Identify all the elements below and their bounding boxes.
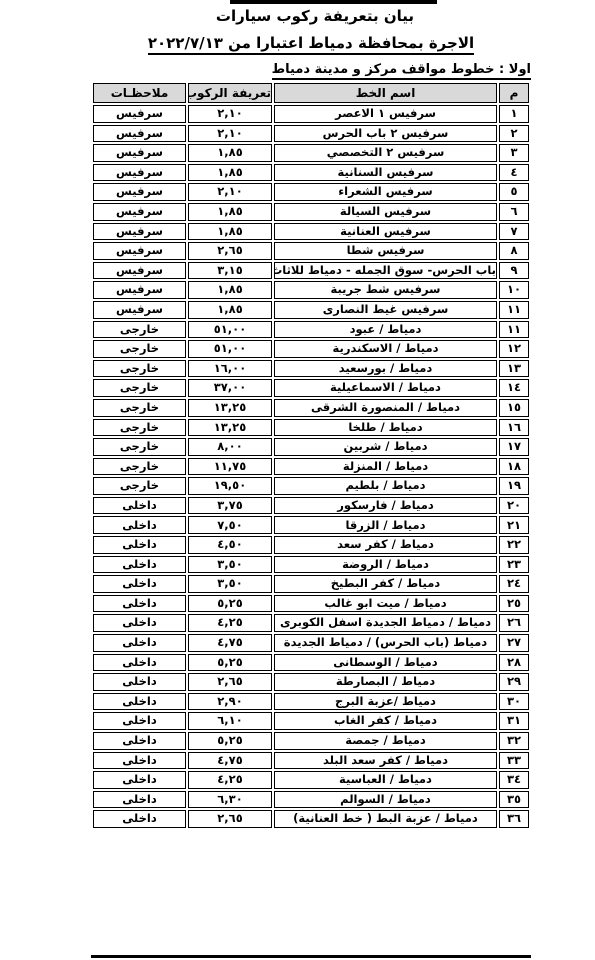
row-number: ٢٣: [499, 556, 529, 574]
row-fare: ١,٨٥: [188, 164, 272, 182]
row-note: خارجى: [93, 458, 186, 476]
table-row: ١٠ سرفيس شط جريبة ١,٨٥ سرفيس: [93, 281, 529, 299]
table-header-row: م اسم الخط تعريفة الركوب ملاحظـات: [93, 83, 529, 103]
row-note: داخلى: [93, 654, 186, 672]
row-line-name: دمياط / كفر الغاب: [274, 712, 497, 730]
row-number: ٤: [499, 164, 529, 182]
header-line-name: اسم الخط: [274, 83, 497, 103]
row-note: داخلى: [93, 712, 186, 730]
row-fare: ٥,٢٥: [188, 654, 272, 672]
row-note: داخلى: [93, 634, 186, 652]
row-note: داخلى: [93, 771, 186, 789]
row-number: ١: [499, 105, 529, 123]
table-row: ١٧ دمياط / شربين ٨,٠٠ خارجى: [93, 438, 529, 456]
row-note: سرفيس: [93, 183, 186, 201]
table-row: ٢٤ دمياط / كفر البطيخ ٣,٥٠ داخلى: [93, 575, 529, 593]
row-number: ٢٠: [499, 497, 529, 515]
row-fare: ٢,١٠: [188, 183, 272, 201]
row-number: ٥: [499, 183, 529, 201]
row-number: ٩: [499, 262, 529, 280]
row-fare: ٣,١٥: [188, 262, 272, 280]
table-row: ٧ سرفيس العنانية ١,٨٥ سرفيس: [93, 223, 529, 241]
row-note: سرفيس: [93, 223, 186, 241]
row-line-name: سرفيس شط جريبة: [274, 281, 497, 299]
row-fare: ٦,٣٠: [188, 791, 272, 809]
row-note: سرفيس: [93, 281, 186, 299]
row-line-name: دمياط / البصارطة: [274, 673, 497, 691]
row-fare: ٦,١٠: [188, 712, 272, 730]
row-note: خارجى: [93, 438, 186, 456]
table-row: ١٥ دمياط / المنصورة الشرقى ١٣,٢٥ خارجى: [93, 399, 529, 417]
row-note: داخلى: [93, 536, 186, 554]
table-row: ٥ سرفيس الشعراء ٢,١٠ سرفيس: [93, 183, 529, 201]
row-note: سرفيس: [93, 301, 186, 319]
row-line-name: دمياط / الاسماعيلية: [274, 379, 497, 397]
row-line-name: دمياط / الاسكندرية: [274, 340, 497, 358]
row-line-name: دمياط / طلخا: [274, 419, 497, 437]
row-line-name: سرفيس السنانية: [274, 164, 497, 182]
row-line-name: دمياط / عزبة البط ( خط العنانية): [274, 810, 497, 828]
row-line-name: دمياط / جمصة: [274, 732, 497, 750]
row-number: ١٤: [499, 379, 529, 397]
fare-document: بيان بتعريفة ركوب سيارات الاجرة بمحافظة …: [0, 0, 595, 960]
row-line-name: دمياط / الوسطانى: [274, 654, 497, 672]
row-number: ١١: [499, 301, 529, 319]
table-row: ٩ باب الحرس- سوق الجمله - دمياط للاثاث ٣…: [93, 262, 529, 280]
row-line-name: دمياط /عزبة البرج: [274, 693, 497, 711]
table-row: ١١ سرفيس غيط النصارى ١,٨٥ سرفيس: [93, 301, 529, 319]
row-note: خارجى: [93, 321, 186, 339]
row-line-name: باب الحرس- سوق الجمله - دمياط للاثاث: [274, 262, 497, 280]
row-line-name: دمياط / كفر سعد: [274, 536, 497, 554]
row-note: خارجى: [93, 419, 186, 437]
row-number: ١٦: [499, 419, 529, 437]
table-row: ١٣ دمياط / بورسعيد ١٦,٠٠ خارجى: [93, 360, 529, 378]
row-fare: ٥١,٠٠: [188, 340, 272, 358]
table-row: ٣٦ دمياط / عزبة البط ( خط العنانية) ٢,٦٥…: [93, 810, 529, 828]
row-line-name: دمياط / المنصورة الشرقى: [274, 399, 497, 417]
row-number: ٧: [499, 223, 529, 241]
table-row: ٢٢ دمياط / كفر سعد ٤,٥٠ داخلى: [93, 536, 529, 554]
row-number: ١٠: [499, 281, 529, 299]
row-number: ٣١: [499, 712, 529, 730]
row-number: ٣٦: [499, 810, 529, 828]
row-number: ١٨: [499, 458, 529, 476]
row-fare: ٥,٢٥: [188, 595, 272, 613]
table-row: ٣ سرفيس ٢ التخصصي ١,٨٥ سرفيس: [93, 144, 529, 162]
table-row: ٣٥ دمياط / السوالم ٦,٣٠ داخلى: [93, 791, 529, 809]
row-number: ٢٧: [499, 634, 529, 652]
row-number: ١٣: [499, 360, 529, 378]
row-note: داخلى: [93, 497, 186, 515]
row-fare: ٤,٢٥: [188, 614, 272, 632]
row-note: سرفيس: [93, 262, 186, 280]
header-fare: تعريفة الركوب: [188, 83, 272, 103]
row-number: ٣٥: [499, 791, 529, 809]
table-row: ٢٦ دمياط / دمياط الجديدة اسفل الكوبرى ٤,…: [93, 614, 529, 632]
row-number: ١٥: [499, 399, 529, 417]
section-heading: اولا : خطوط مواقف مركز و مدينة دمياط: [272, 62, 531, 80]
row-fare: ٧,٥٠: [188, 516, 272, 534]
row-number: ٣: [499, 144, 529, 162]
row-fare: ١,٨٥: [188, 281, 272, 299]
table-row: ١٨ دمياط / المنزلة ١١,٧٥ خارجى: [93, 458, 529, 476]
row-number: ٦: [499, 203, 529, 221]
table-row: ٣٣ دمياط / كفر سعد البلد ٤,٧٥ داخلى: [93, 752, 529, 770]
table-row: ٢١ دمياط / الزرقا ٧,٥٠ داخلى: [93, 516, 529, 534]
row-fare: ٢,٦٥: [188, 673, 272, 691]
row-note: داخلى: [93, 516, 186, 534]
row-line-name: دمياط / شربين: [274, 438, 497, 456]
row-note: خارجى: [93, 379, 186, 397]
row-number: ٢٦: [499, 614, 529, 632]
row-fare: ٨,٠٠: [188, 438, 272, 456]
row-number: ٢٤: [499, 575, 529, 593]
page-subtitle: الاجرة بمحافظة دمياط اعتبارا من ٢٠٢٢/٧/١…: [148, 34, 474, 55]
row-line-name: دمياط / كفر البطيخ: [274, 575, 497, 593]
row-number: ٣٠: [499, 693, 529, 711]
row-number: ٢١: [499, 516, 529, 534]
row-line-name: دمياط / المنزلة: [274, 458, 497, 476]
row-note: داخلى: [93, 575, 186, 593]
row-note: خارجى: [93, 340, 186, 358]
row-number: ٢٨: [499, 654, 529, 672]
effective-date: ٢٠٢٢/٧/١٣: [148, 34, 223, 52]
row-line-name: دمياط (باب الحرس) / دمياط الجديدة: [274, 634, 497, 652]
row-fare: ١,٨٥: [188, 301, 272, 319]
row-fare: ٣,٥٠: [188, 556, 272, 574]
row-number: ٢٢: [499, 536, 529, 554]
row-note: سرفيس: [93, 125, 186, 143]
row-note: داخلى: [93, 673, 186, 691]
row-fare: ٣,٥٠: [188, 575, 272, 593]
row-line-name: سرفيس شطا: [274, 242, 497, 260]
table-row: ٦ سرفيس السيالة ١,٨٥ سرفيس: [93, 203, 529, 221]
cutoff-next-row-border: [91, 955, 531, 958]
table-row: ٢٩ دمياط / البصارطة ٢,٦٥ داخلى: [93, 673, 529, 691]
row-fare: ٢,١٠: [188, 125, 272, 143]
row-note: داخلى: [93, 614, 186, 632]
row-number: ٣٣: [499, 752, 529, 770]
row-fare: ١٩,٥٠: [188, 477, 272, 495]
row-number: ٨: [499, 242, 529, 260]
row-line-name: دمياط / الزرقا: [274, 516, 497, 534]
row-note: سرفيس: [93, 164, 186, 182]
table-row: ٣١ دمياط / كفر الغاب ٦,١٠ داخلى: [93, 712, 529, 730]
table-row: ٢٠ دمياط / فارسكور ٣,٧٥ داخلى: [93, 497, 529, 515]
table-row: ١٩ دمياط / بلطيم ١٩,٥٠ خارجى: [93, 477, 529, 495]
row-fare: ٢,٦٥: [188, 810, 272, 828]
row-note: داخلى: [93, 732, 186, 750]
row-fare: ١٣,٢٥: [188, 399, 272, 417]
row-number: ١٩: [499, 477, 529, 495]
row-fare: ٥,٢٥: [188, 732, 272, 750]
table-row: ٢ سرفيس ٢ باب الحرس ٢,١٠ سرفيس: [93, 125, 529, 143]
row-note: خارجى: [93, 399, 186, 417]
table-row: ٣٤ دمياط / العباسية ٤,٢٥ داخلى: [93, 771, 529, 789]
row-number: ١٢: [499, 340, 529, 358]
row-line-name: سرفيس ٢ التخصصي: [274, 144, 497, 162]
row-number: ٢٩: [499, 673, 529, 691]
row-line-name: سرفيس الشعراء: [274, 183, 497, 201]
row-fare: ١١,٧٥: [188, 458, 272, 476]
row-note: داخلى: [93, 556, 186, 574]
table-row: ١٤ دمياط / الاسماعيلية ٣٧,٠٠ خارجى: [93, 379, 529, 397]
table-row: ١١ دمياط / عبود ٥١,٠٠ خارجى: [93, 321, 529, 339]
row-note: سرفيس: [93, 242, 186, 260]
row-fare: ٣٧,٠٠: [188, 379, 272, 397]
table-row: ٢٧ دمياط (باب الحرس) / دمياط الجديدة ٤,٧…: [93, 634, 529, 652]
row-fare: ١,٨٥: [188, 144, 272, 162]
row-note: خارجى: [93, 477, 186, 495]
table-row: ٨ سرفيس شطا ٢,٦٥ سرفيس: [93, 242, 529, 260]
row-number: ١١: [499, 321, 529, 339]
row-number: ٢: [499, 125, 529, 143]
row-fare: ٥١,٠٠: [188, 321, 272, 339]
row-note: داخلى: [93, 693, 186, 711]
row-line-name: دمياط / عبود: [274, 321, 497, 339]
row-line-name: دمياط / الروضة: [274, 556, 497, 574]
row-fare: ١٦,٠٠: [188, 360, 272, 378]
table-row: ٢٥ دمياط / ميت ابو غالب ٥,٢٥ داخلى: [93, 595, 529, 613]
row-line-name: دمياط / بلطيم: [274, 477, 497, 495]
row-line-name: دمياط / فارسكور: [274, 497, 497, 515]
row-line-name: سرفيس السيالة: [274, 203, 497, 221]
row-number: ١٧: [499, 438, 529, 456]
row-line-name: دمياط / كفر سعد البلد: [274, 752, 497, 770]
top-black-bar: [230, 0, 437, 4]
header-number: م: [499, 83, 529, 103]
row-number: ٣٤: [499, 771, 529, 789]
row-note: سرفيس: [93, 144, 186, 162]
table-row: ٢٣ دمياط / الروضة ٣,٥٠ داخلى: [93, 556, 529, 574]
table-row: ٣٢ دمياط / جمصة ٥,٢٥ داخلى: [93, 732, 529, 750]
row-number: ٣٢: [499, 732, 529, 750]
row-line-name: سرفيس العنانية: [274, 223, 497, 241]
row-number: ٢٥: [499, 595, 529, 613]
header-notes: ملاحظـات: [93, 83, 186, 103]
row-note: داخلى: [93, 791, 186, 809]
table-row: ١ سرفيس ١ الاعصر ٢,١٠ سرفيس: [93, 105, 529, 123]
row-fare: ٤,٧٥: [188, 634, 272, 652]
row-note: داخلى: [93, 810, 186, 828]
table-row: ٣٠ دمياط /عزبة البرج ٢,٩٠ داخلى: [93, 693, 529, 711]
row-line-name: سرفيس ٢ باب الحرس: [274, 125, 497, 143]
row-fare: ١,٨٥: [188, 203, 272, 221]
row-note: داخلى: [93, 595, 186, 613]
row-note: داخلى: [93, 752, 186, 770]
table-row: ١٦ دمياط / طلخا ١٣,٢٥ خارجى: [93, 419, 529, 437]
table-row: ٢٨ دمياط / الوسطانى ٥,٢٥ داخلى: [93, 654, 529, 672]
fare-table-body: ١ سرفيس ١ الاعصر ٢,١٠ سرفيس ٢ سرفيس ٢ با…: [93, 105, 529, 828]
row-fare: ٣,٧٥: [188, 497, 272, 515]
row-line-name: دمياط / بورسعيد: [274, 360, 497, 378]
row-fare: ٢,١٠: [188, 105, 272, 123]
row-line-name: دمياط / السوالم: [274, 791, 497, 809]
row-fare: ٤,٥٠: [188, 536, 272, 554]
row-fare: ١٣,٢٥: [188, 419, 272, 437]
table-row: ١٢ دمياط / الاسكندرية ٥١,٠٠ خارجى: [93, 340, 529, 358]
row-fare: ٢,٦٥: [188, 242, 272, 260]
row-line-name: سرفيس غيط النصارى: [274, 301, 497, 319]
row-note: سرفيس: [93, 203, 186, 221]
row-fare: ٤,٢٥: [188, 771, 272, 789]
subtitle-text: الاجرة بمحافظة دمياط اعتبارا من: [228, 34, 474, 52]
row-line-name: دمياط / دمياط الجديدة اسفل الكوبرى: [274, 614, 497, 632]
row-line-name: دمياط / ميت ابو غالب: [274, 595, 497, 613]
row-note: خارجى: [93, 360, 186, 378]
table-row: ٤ سرفيس السنانية ١,٨٥ سرفيس: [93, 164, 529, 182]
fare-table: م اسم الخط تعريفة الركوب ملاحظـات ١ سرفي…: [91, 81, 531, 830]
row-fare: ٤,٧٥: [188, 752, 272, 770]
row-note: سرفيس: [93, 105, 186, 123]
row-line-name: سرفيس ١ الاعصر: [274, 105, 497, 123]
row-fare: ١,٨٥: [188, 223, 272, 241]
row-line-name: دمياط / العباسية: [274, 771, 497, 789]
row-fare: ٢,٩٠: [188, 693, 272, 711]
page-title: بيان بتعريفة ركوب سيارات: [35, 7, 595, 25]
